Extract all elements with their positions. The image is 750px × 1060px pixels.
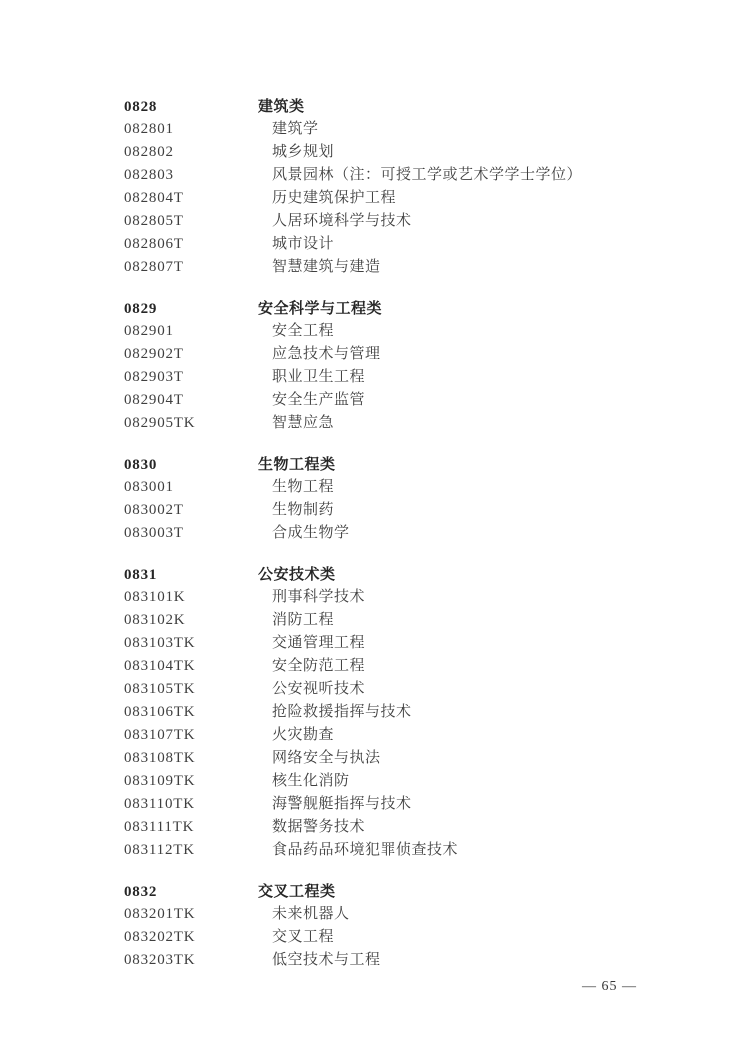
major-row: 083203TK低空技术与工程 [124, 949, 684, 972]
major-name: 智慧建筑与建造 [258, 256, 381, 279]
category-row: 0829安全科学与工程类 [124, 297, 684, 320]
major-name: 交叉工程 [258, 926, 334, 949]
major-category-section: 0832交叉工程类083201TK未来机器人083202TK交叉工程083203… [124, 880, 684, 972]
major-code: 083203TK [124, 949, 258, 972]
major-name: 交通管理工程 [258, 632, 365, 655]
category-code: 0832 [124, 881, 258, 904]
major-code: 082801 [124, 118, 258, 141]
major-code: 083112TK [124, 839, 258, 862]
major-code: 082806T [124, 233, 258, 256]
major-category-section: 0831公安技术类083101K刑事科学技术083102K消防工程083103T… [124, 563, 684, 862]
major-row: 083112TK食品药品环境犯罪侦查技术 [124, 839, 684, 862]
major-name: 职业卫生工程 [258, 366, 365, 389]
major-name: 未来机器人 [258, 903, 350, 926]
major-row: 082806T城市设计 [124, 233, 684, 256]
category-name: 生物工程类 [258, 453, 336, 476]
major-row: 083106TK抢险救援指挥与技术 [124, 701, 684, 724]
major-code: 083202TK [124, 926, 258, 949]
major-row: 083111TK数据警务技术 [124, 816, 684, 839]
major-row: 082905TK智慧应急 [124, 412, 684, 435]
category-code: 0831 [124, 564, 258, 587]
major-name: 安全生产监管 [258, 389, 365, 412]
major-name: 食品药品环境犯罪侦查技术 [258, 839, 458, 862]
major-name: 建筑学 [258, 118, 319, 141]
major-row: 082903T职业卫生工程 [124, 366, 684, 389]
major-row: 082802城乡规划 [124, 141, 684, 164]
major-name: 生物工程 [258, 476, 334, 499]
major-name: 数据警务技术 [258, 816, 365, 839]
major-category-section: 0829安全科学与工程类082901安全工程082902T应急技术与管理0829… [124, 297, 684, 435]
major-name: 火灾勘查 [258, 724, 334, 747]
major-row: 082804T历史建筑保护工程 [124, 187, 684, 210]
major-name: 核生化消防 [258, 770, 350, 793]
major-code: 082905TK [124, 412, 258, 435]
major-row: 082807T智慧建筑与建造 [124, 256, 684, 279]
category-name: 建筑类 [258, 95, 305, 118]
major-code: 082803 [124, 164, 258, 187]
major-code: 082805T [124, 210, 258, 233]
major-name: 合成生物学 [258, 522, 350, 545]
major-name: 公安视听技术 [258, 678, 365, 701]
major-name: 城市设计 [258, 233, 334, 256]
major-code: 083103TK [124, 632, 258, 655]
major-category-section: 0828建筑类082801建筑学082802城乡规划082803风景园林（注：可… [124, 95, 684, 279]
major-row: 083001生物工程 [124, 476, 684, 499]
major-row: 082904T安全生产监管 [124, 389, 684, 412]
major-code: 083107TK [124, 724, 258, 747]
major-code: 082802 [124, 141, 258, 164]
major-row: 083201TK未来机器人 [124, 903, 684, 926]
major-name: 应急技术与管理 [258, 343, 381, 366]
major-row: 083003T合成生物学 [124, 522, 684, 545]
major-code: 082903T [124, 366, 258, 389]
major-name: 生物制药 [258, 499, 334, 522]
major-row: 083103TK交通管理工程 [124, 632, 684, 655]
major-code: 083102K [124, 609, 258, 632]
major-catalog-list: 0828建筑类082801建筑学082802城乡规划082803风景园林（注：可… [124, 95, 684, 972]
major-code: 082904T [124, 389, 258, 412]
major-name: 智慧应急 [258, 412, 334, 435]
major-code: 083201TK [124, 903, 258, 926]
major-name: 抢险救援指挥与技术 [258, 701, 412, 724]
major-code: 083111TK [124, 816, 258, 839]
major-code: 083001 [124, 476, 258, 499]
category-row: 0831公安技术类 [124, 563, 684, 586]
category-code: 0829 [124, 298, 258, 321]
category-name: 交叉工程类 [258, 880, 336, 903]
major-name: 安全工程 [258, 320, 334, 343]
major-name: 风景园林（注：可授工学或艺术学学士学位） [258, 164, 582, 187]
major-row: 083202TK交叉工程 [124, 926, 684, 949]
major-name: 人居环境科学与技术 [258, 210, 412, 233]
major-code: 083101K [124, 586, 258, 609]
major-name: 海警舰艇指挥与技术 [258, 793, 412, 816]
major-row: 082805T人居环境科学与技术 [124, 210, 684, 233]
category-name: 安全科学与工程类 [258, 297, 382, 320]
major-code: 083003T [124, 522, 258, 545]
major-code: 083105TK [124, 678, 258, 701]
major-row: 083109TK核生化消防 [124, 770, 684, 793]
major-code: 083108TK [124, 747, 258, 770]
major-code: 083002T [124, 499, 258, 522]
major-row: 083102K消防工程 [124, 609, 684, 632]
major-name: 城乡规划 [258, 141, 334, 164]
major-row: 083108TK网络安全与执法 [124, 747, 684, 770]
category-code: 0828 [124, 96, 258, 119]
major-name: 安全防范工程 [258, 655, 365, 678]
major-name: 历史建筑保护工程 [258, 187, 396, 210]
major-code: 083106TK [124, 701, 258, 724]
major-row: 083101K刑事科学技术 [124, 586, 684, 609]
major-row: 083104TK安全防范工程 [124, 655, 684, 678]
major-name: 消防工程 [258, 609, 334, 632]
category-row: 0830生物工程类 [124, 453, 684, 476]
major-code: 082902T [124, 343, 258, 366]
major-code: 083110TK [124, 793, 258, 816]
category-row: 0828建筑类 [124, 95, 684, 118]
major-code: 082807T [124, 256, 258, 279]
major-row: 083105TK公安视听技术 [124, 678, 684, 701]
major-code: 083109TK [124, 770, 258, 793]
page-number: — 65 — [582, 977, 637, 997]
major-code: 083104TK [124, 655, 258, 678]
major-name: 网络安全与执法 [258, 747, 381, 770]
major-code: 082901 [124, 320, 258, 343]
major-category-section: 0830生物工程类083001生物工程083002T生物制药083003T合成生… [124, 453, 684, 545]
major-name: 低空技术与工程 [258, 949, 381, 972]
category-row: 0832交叉工程类 [124, 880, 684, 903]
major-row: 082801建筑学 [124, 118, 684, 141]
major-code: 082804T [124, 187, 258, 210]
major-row: 083110TK海警舰艇指挥与技术 [124, 793, 684, 816]
major-row: 082803风景园林（注：可授工学或艺术学学士学位） [124, 164, 684, 187]
major-row: 082902T应急技术与管理 [124, 343, 684, 366]
major-row: 083002T生物制药 [124, 499, 684, 522]
major-row: 082901安全工程 [124, 320, 684, 343]
major-name: 刑事科学技术 [258, 586, 365, 609]
category-name: 公安技术类 [258, 563, 336, 586]
document-page: 0828建筑类082801建筑学082802城乡规划082803风景园林（注：可… [0, 0, 750, 1060]
category-code: 0830 [124, 454, 258, 477]
major-row: 083107TK火灾勘查 [124, 724, 684, 747]
